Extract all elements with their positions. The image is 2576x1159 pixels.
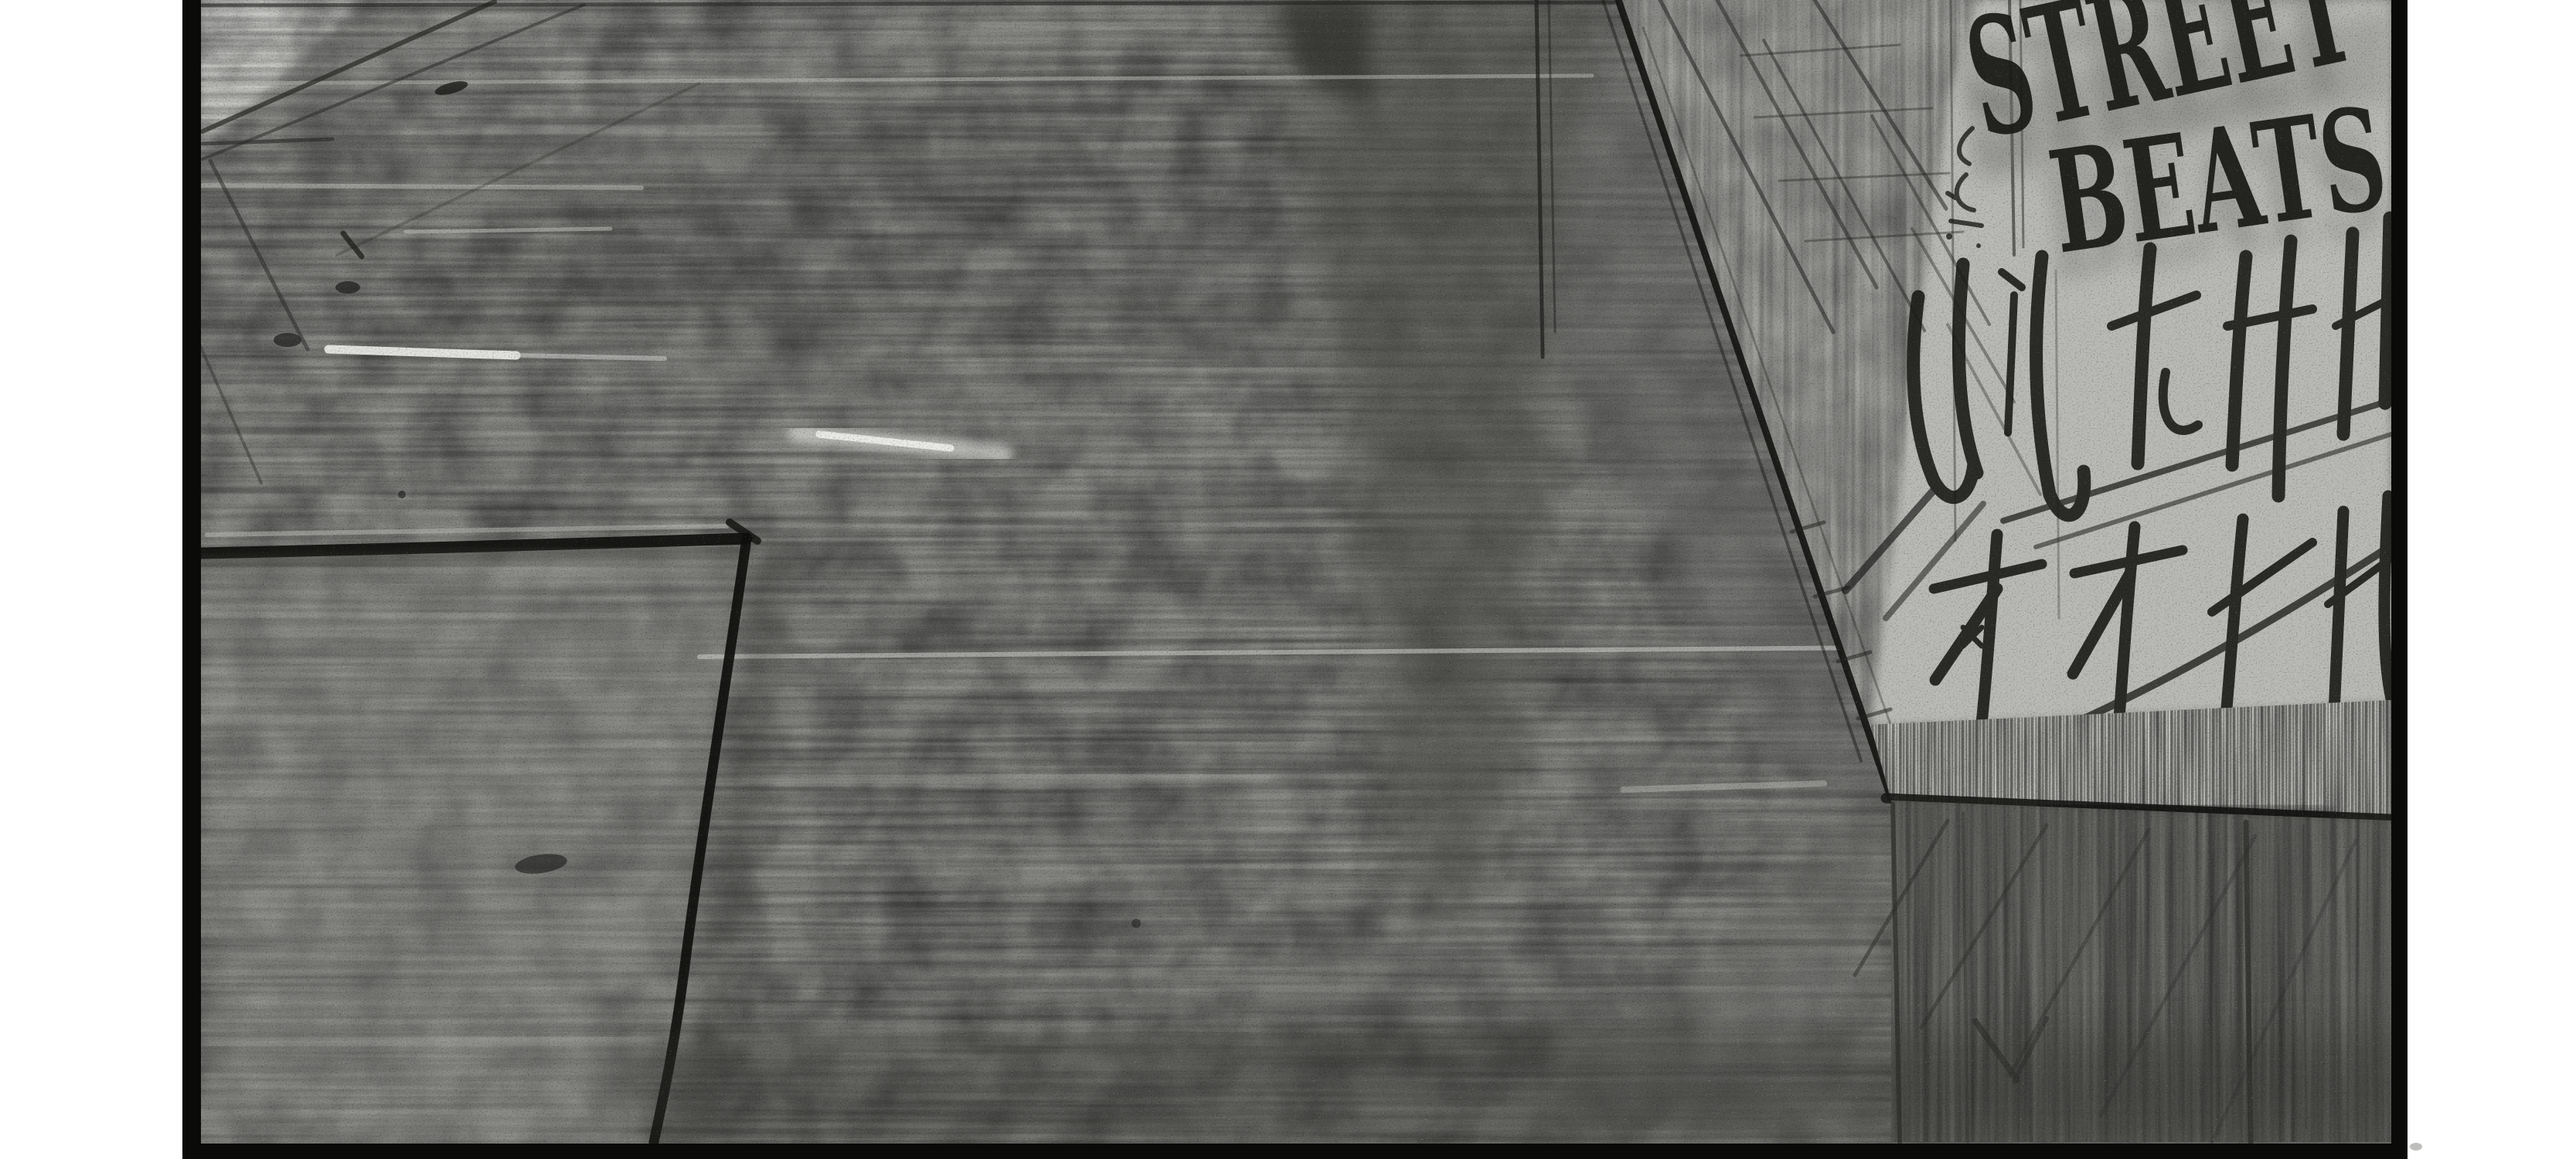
- panel-border-left: [182, 0, 201, 1159]
- manga-panel-artwork: STREET STREET BEATS BEATS: [0, 0, 2576, 1159]
- white-grain-overlay: [201, 0, 2391, 1144]
- panel-interior: STREET STREET BEATS BEATS: [195, 0, 2399, 1144]
- panel-border-right: [2391, 0, 2408, 1159]
- margin-smudge: [2410, 1143, 2422, 1151]
- manga-page: STREET STREET BEATS BEATS: [0, 0, 2576, 1159]
- panel-border-bottom: [182, 1144, 2408, 1159]
